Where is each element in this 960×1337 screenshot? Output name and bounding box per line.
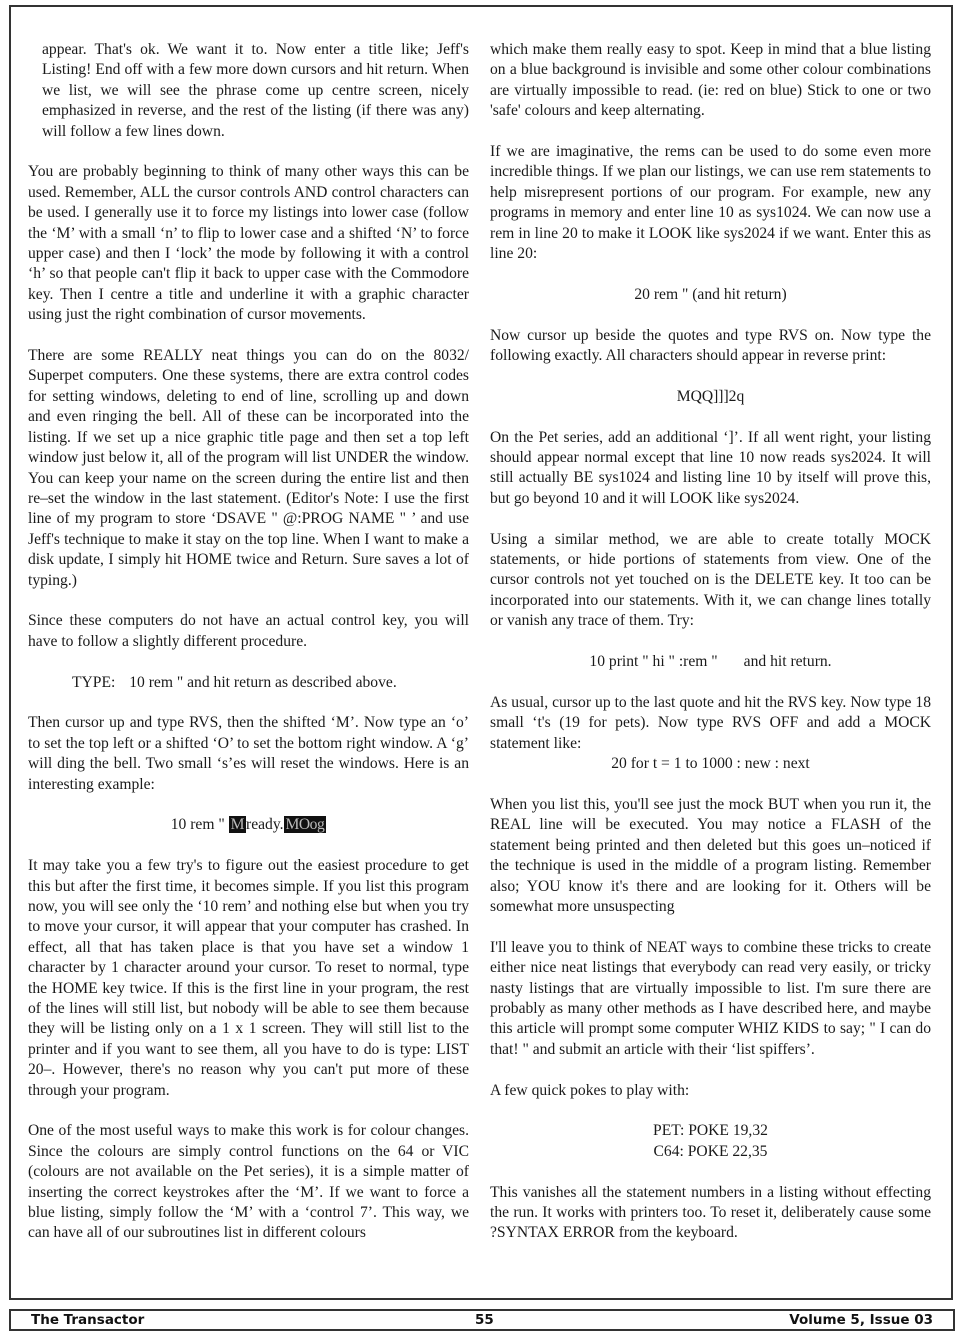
paragraph: which make them really easy to spot. Kee… xyxy=(490,40,931,122)
code-mid: ready. xyxy=(246,816,284,833)
paragraph: A few quick pokes to play with: xyxy=(490,1081,931,1101)
code-label: TYPE: xyxy=(72,674,115,691)
issue-label: Volume 5, Issue 03 xyxy=(789,1312,933,1328)
paragraph: If we are imaginative, the rems can be u… xyxy=(490,142,931,264)
poke-pet: PET: POKE 19,32 xyxy=(490,1121,931,1141)
paragraph: As usual, cursor up to the last quote an… xyxy=(490,693,931,754)
paragraph: There are some REALLY neat things you ca… xyxy=(28,346,469,591)
paragraph: You are probably beginning to think of m… xyxy=(28,162,469,325)
paragraph: Then cursor up and type RVS, then the sh… xyxy=(28,713,469,795)
code-command: 10 rem " xyxy=(129,674,183,691)
code-command: 10 print " hi " :rem " xyxy=(589,653,717,670)
paragraph: It may take you a few try's to figure ou… xyxy=(28,856,469,1101)
code-example-type: TYPE: 10 rem " and hit return as describ… xyxy=(28,673,469,693)
reverse-char: M xyxy=(229,816,246,833)
left-column: appear. That's ok. We want it to. Now en… xyxy=(28,40,469,1264)
code-description: and hit return as described above. xyxy=(187,674,397,691)
right-column: which make them really easy to spot. Kee… xyxy=(490,40,931,1264)
code-example: 10 print " hi " :rem "and hit return. xyxy=(490,652,931,672)
paragraph: Using a similar method, we are able to c… xyxy=(490,530,931,632)
code-example-rem: 10 rem " Mready.MOog xyxy=(28,815,469,835)
code-example: 20 for t = 1 to 1000 : new : next xyxy=(490,754,931,774)
page-number: 55 xyxy=(475,1312,494,1328)
reverse-chars: MOog xyxy=(284,816,327,833)
page-footer: The Transactor 55 Volume 5, Issue 03 xyxy=(9,1309,955,1331)
paragraph: Since these computers do not have an act… xyxy=(28,611,469,652)
paragraph: This vanishes all the statement numbers … xyxy=(490,1183,931,1244)
poke-c64: C64: POKE 22,35 xyxy=(490,1142,931,1162)
paragraph: One of the most useful ways to make this… xyxy=(28,1121,469,1243)
code-example: 20 rem " (and hit return) xyxy=(490,285,931,305)
code-prefix: 10 rem " xyxy=(171,816,225,833)
paragraph: I'll leave you to think of NEAT ways to … xyxy=(490,938,931,1060)
paragraph: When you list this, you'll see just the … xyxy=(490,795,931,917)
code-example: MQQ]]]2q xyxy=(490,387,931,407)
paragraph: On the Pet series, add an additional ‘]’… xyxy=(490,428,931,510)
magazine-title: The Transactor xyxy=(31,1312,144,1328)
paragraph: appear. That's ok. We want it to. Now en… xyxy=(28,40,469,142)
paragraph: Now cursor up beside the quotes and type… xyxy=(490,326,931,367)
code-description: and hit return. xyxy=(744,653,832,670)
